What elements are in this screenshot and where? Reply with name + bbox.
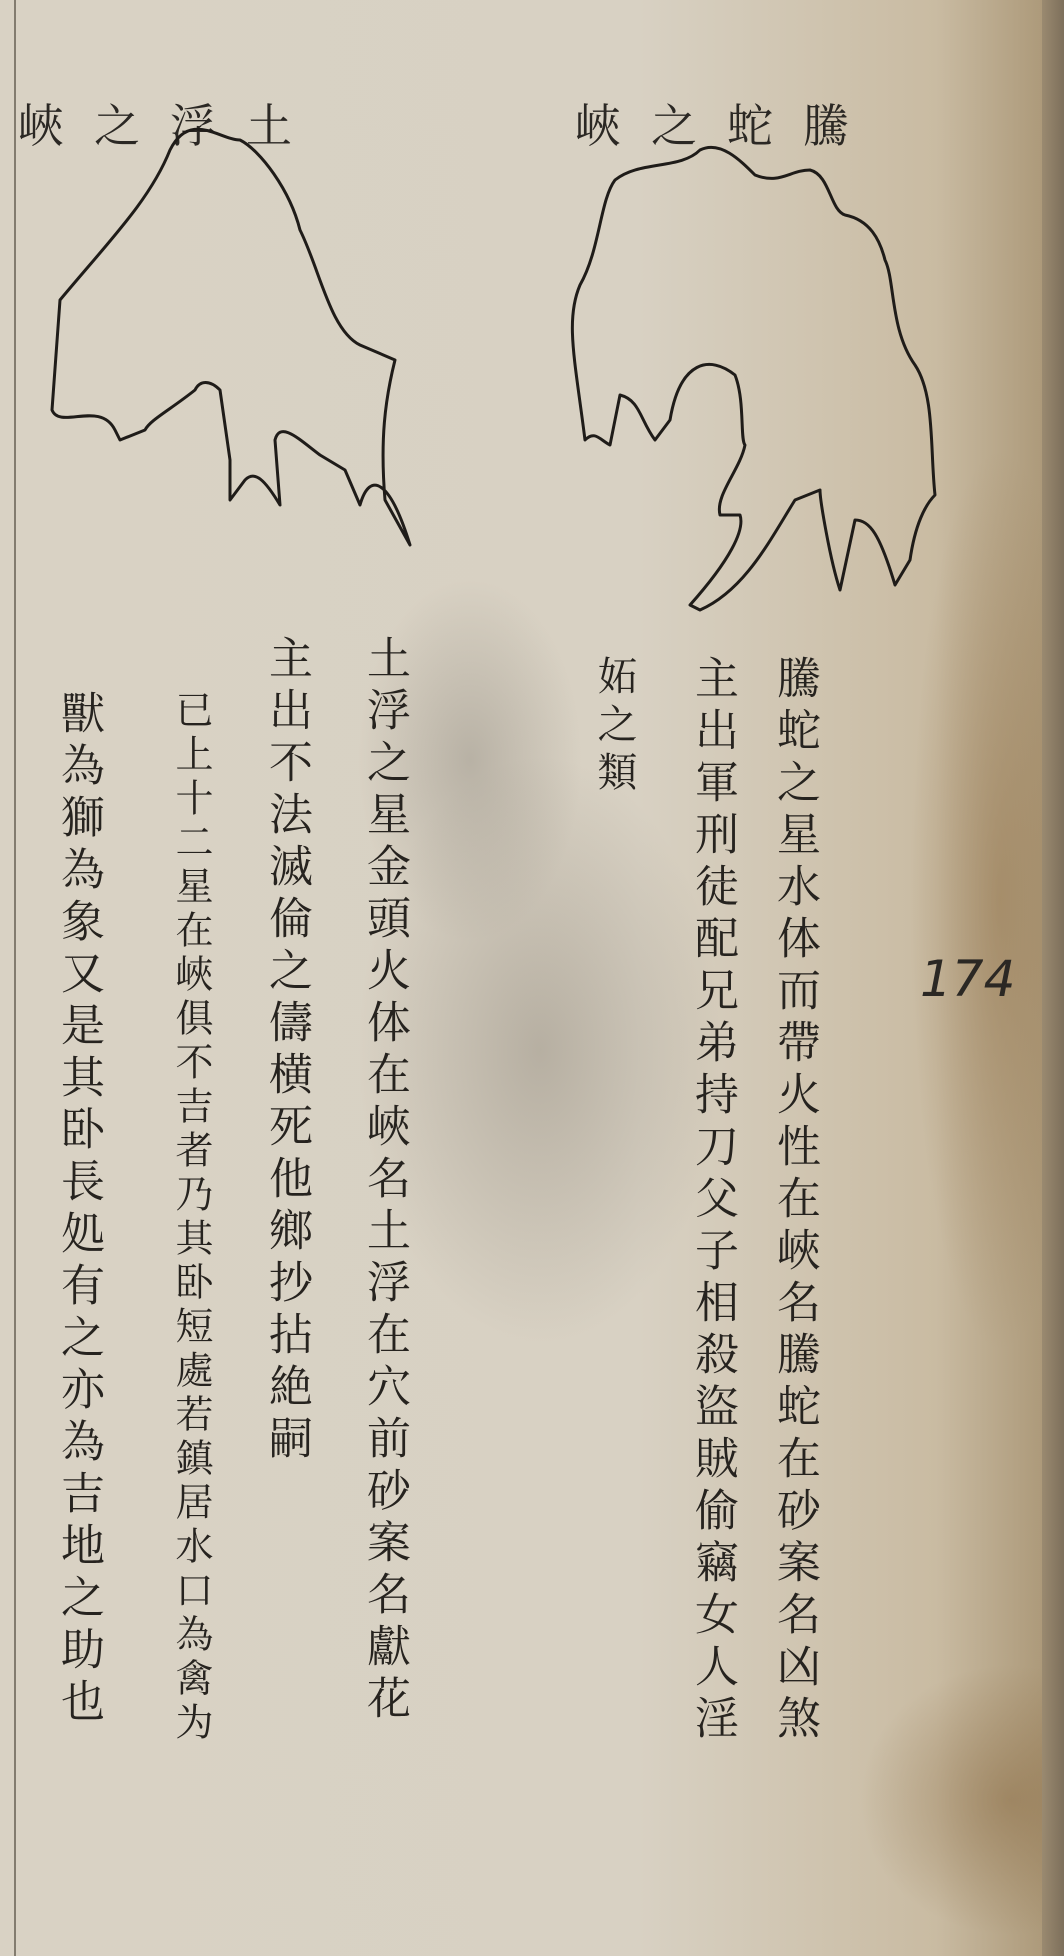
- text-column-2: 主出軍刑徒配兄弟持刀父子相殺盜賊偷竊女人淫: [690, 655, 734, 1747]
- text-column-3: 妬之類: [594, 655, 634, 799]
- tengshe-gorge-diagram: [572, 147, 935, 610]
- mountain-diagrams: [0, 0, 1064, 1956]
- text-column-6: 已上十二星在峽俱不吉者乃其卧短處若鎮居水口為禽为: [172, 690, 210, 1746]
- text-column-1: 騰蛇之星水体而帶火性在峽名騰蛇在砂案名凶煞: [772, 655, 816, 1747]
- text-column-4: 土浮之星金頭火体在峽名土浮在穴前砂案名獻花: [362, 635, 406, 1727]
- text-column-5: 主出不法滅倫之儔横死他鄉抄拈絶嗣: [264, 635, 308, 1467]
- tufu-gorge-diagram: [52, 129, 410, 545]
- text-column-7: 獸為獅為象又是其卧長処有之亦為吉地之助也: [56, 690, 100, 1730]
- manuscript-page: 騰蛇之峽 土浮之峽 騰蛇之星水体而帶火性在峽名騰蛇在砂案名凶煞 主出軍刑徒配兄弟…: [0, 0, 1064, 1956]
- folio-number: 174: [920, 950, 1015, 1008]
